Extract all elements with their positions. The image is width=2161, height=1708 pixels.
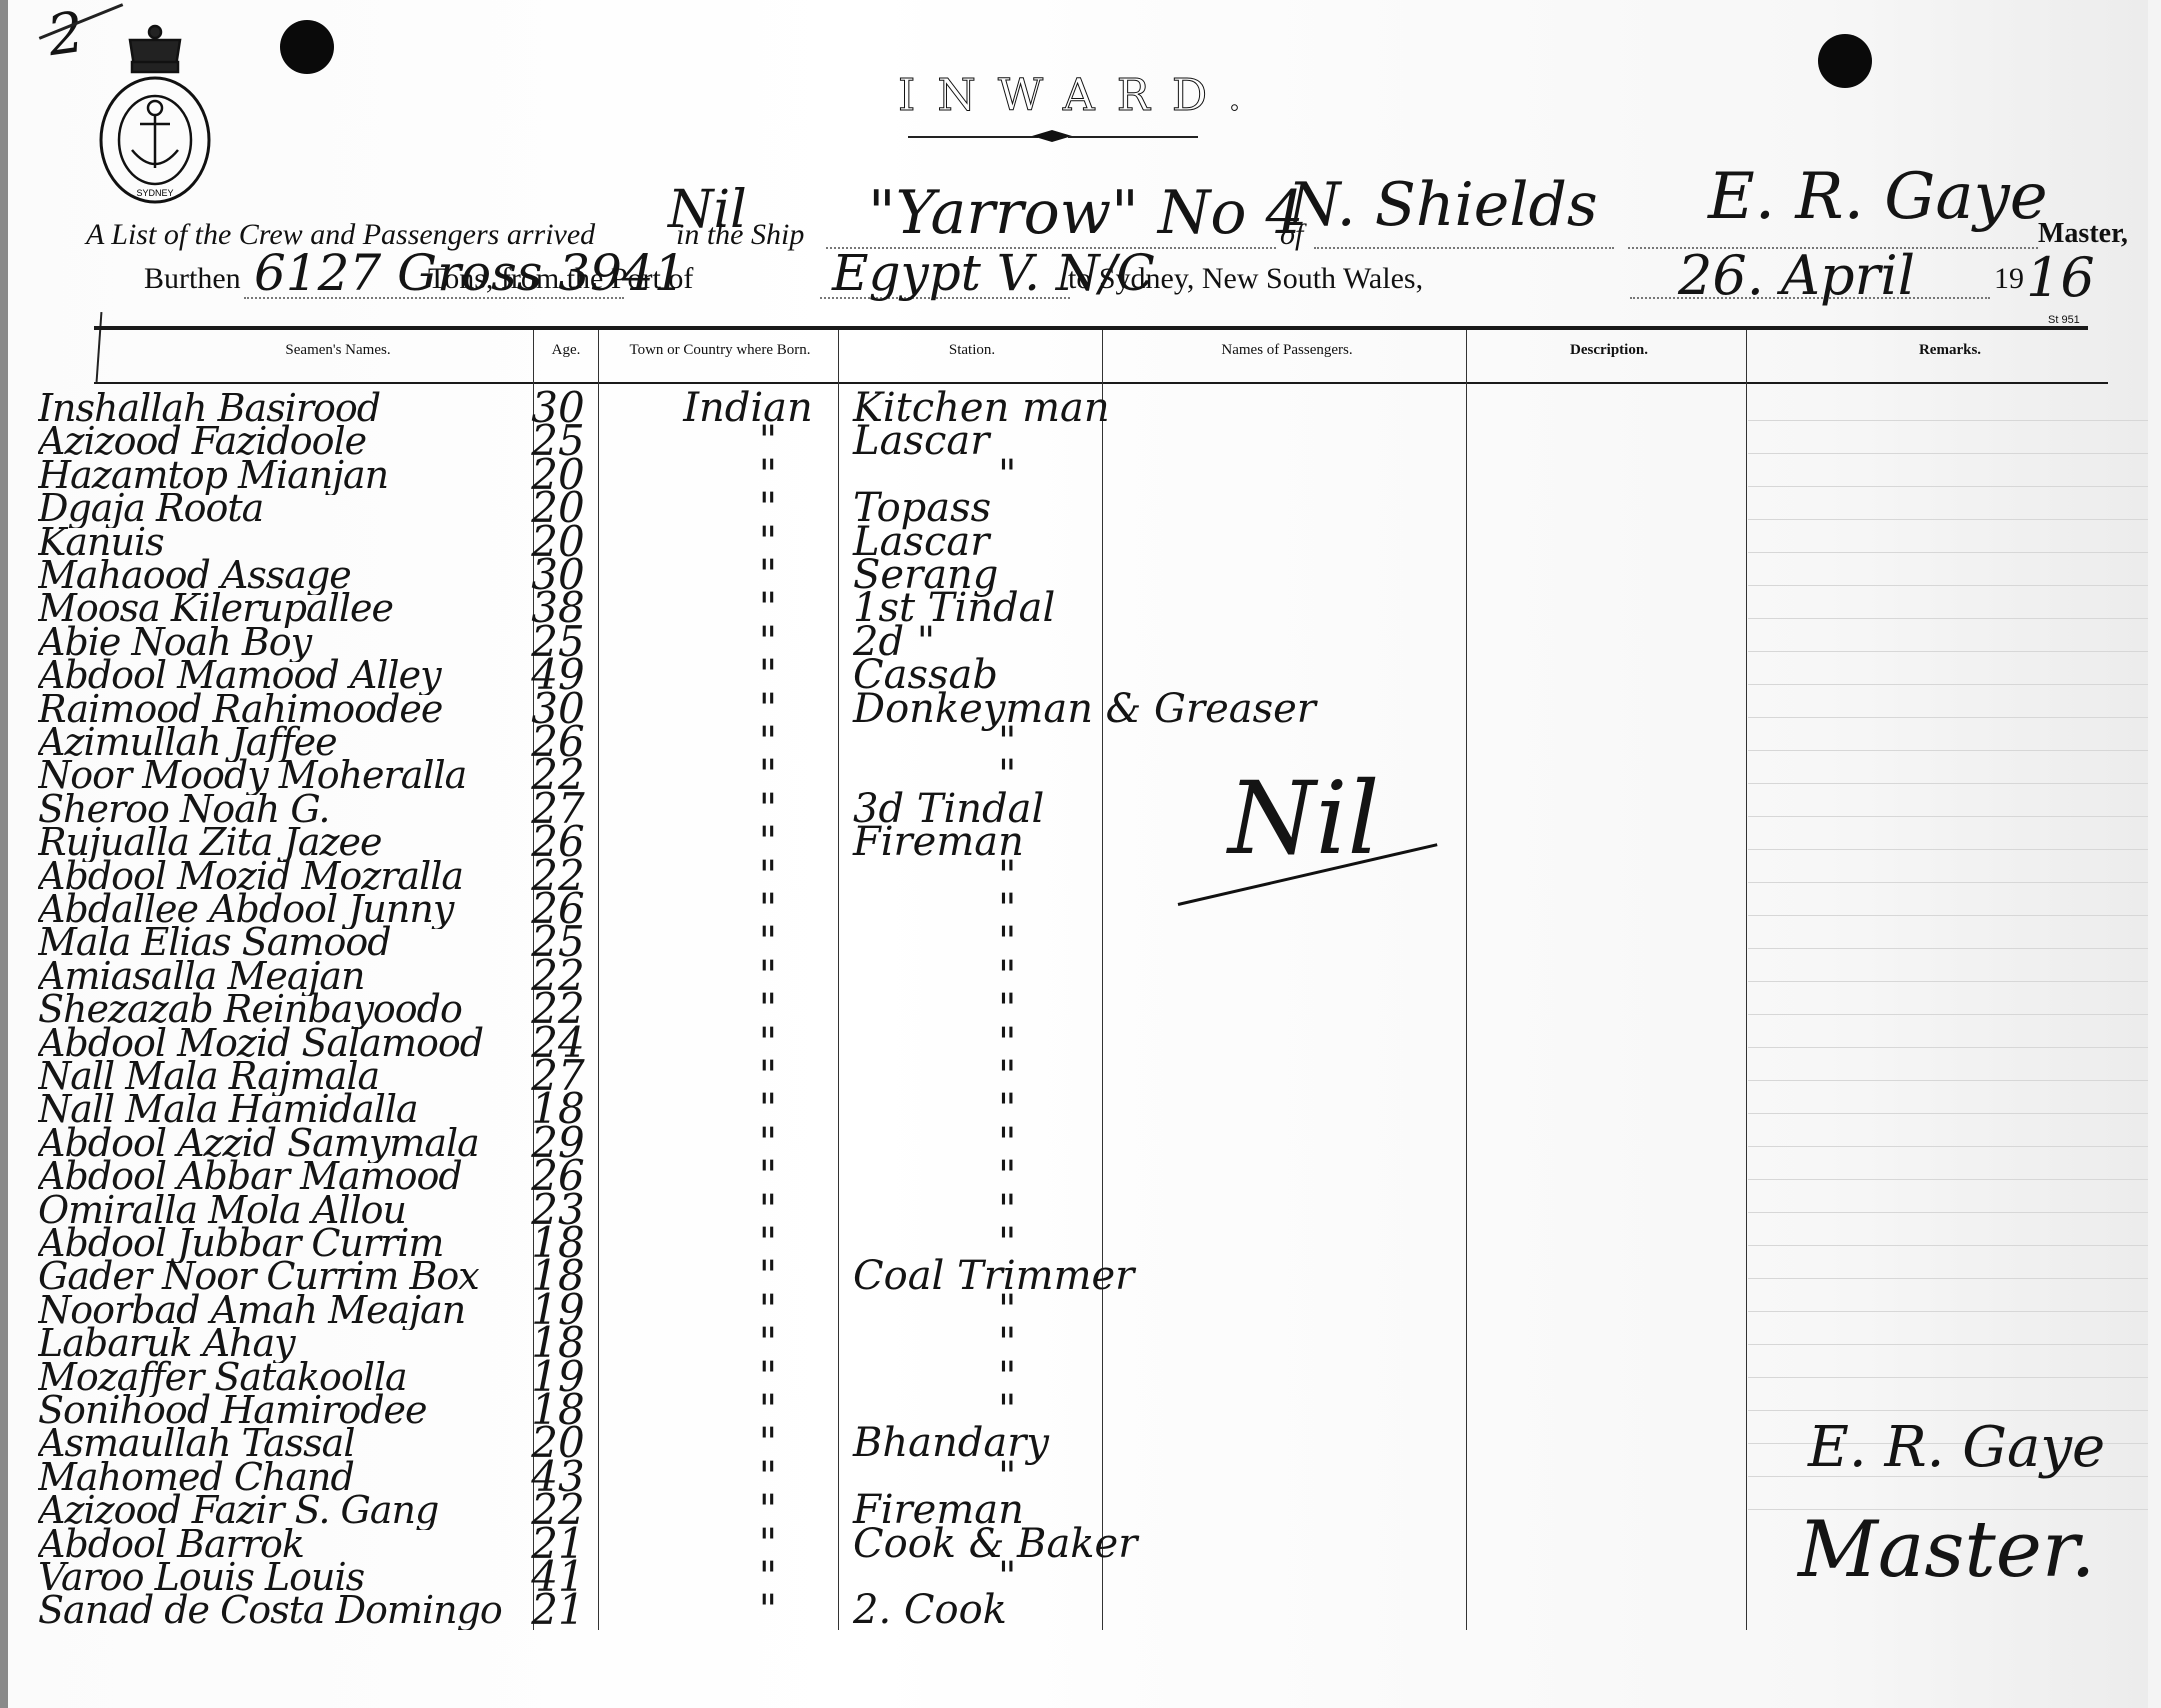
ruled-line [1748,453,2148,454]
col-header-remarks: Remarks. [1750,342,2150,359]
ruled-line [1748,420,2148,421]
ruled-line [1748,684,2148,685]
ruled-line [1748,486,2148,487]
col-header-station: Station. [842,342,1102,359]
ruled-line [1748,816,2148,817]
ruled-line [1748,1014,2148,1015]
ruled-line [1748,651,2148,652]
col-divider-description-right [1746,330,1747,1630]
ruled-line [1748,783,2148,784]
ruled-line [1748,552,2148,553]
ruled-line [1748,750,2148,751]
ruled-line [1748,519,2148,520]
col-divider-born-right [838,330,839,1630]
ship-name: "Yarrow" No 4 [868,178,1304,248]
passengers-nil-entry: Nil [1228,760,1379,877]
ruled-line [1748,1245,2148,1246]
ruled-line [1748,1047,2148,1048]
ruled-line [1748,1311,2148,1312]
ruled-line [1748,717,2148,718]
col-header-seamen-names: Seamen's Names. [158,342,518,359]
crew-birthplace: " [738,1590,798,1630]
to-sydney-label: to Sydney, New South Wales, [1068,262,1423,296]
title-ornament-diamond [1032,130,1072,142]
ruled-line [1748,1344,2148,1345]
table-header-bottom-rule [94,382,2108,384]
ruled-line [1748,1377,2148,1378]
ruled-line [1748,1410,2148,1411]
burthen-label: Burthen [144,262,241,296]
svg-text:SYDNEY: SYDNEY [136,188,173,198]
form-number: St 951 [2048,314,2080,326]
ruled-line [1748,882,2148,883]
arrival-date: 26. April [1678,244,1915,307]
ruled-line [1748,585,2148,586]
ruled-line [1748,1179,2148,1180]
port-of-registry: N. Shields [1288,170,1598,240]
margin-mark [96,312,103,382]
year-suffix: 16 [2026,246,2095,309]
year-prefix: 19 [1994,262,2024,296]
ruled-line [1748,1212,2148,1213]
tons-label: Tons, from the Port of [428,262,693,296]
shipping-masters-seal-icon: SYDNEY [96,18,214,204]
master-signature: E. R. Gaye [1808,1415,2105,1480]
table-top-rule [94,326,2088,330]
document-page: 2 SYDNEY INWARD. A List of the Crew and … [8,0,2148,1708]
ruled-line [1748,618,2148,619]
ruled-line [1748,1278,2148,1279]
master-title: Master. [1798,1505,2095,1595]
col-header-passengers: Names of Passengers. [1106,342,1468,359]
ruled-line [1748,948,2148,949]
crew-name: Sanad de Costa Domingo [38,1590,538,1630]
master-name: E. R. Gaye [1708,160,2048,234]
col-header-age: Age. [536,342,596,359]
title-ornament-left [908,136,1038,138]
col-header-description: Description. [1470,342,1748,359]
ruled-line [1748,981,2148,982]
header-line1-mid: in the Ship [676,218,804,252]
title-ornament-right [1068,136,1198,138]
ruled-line [1748,849,2148,850]
scan-edge [0,0,8,1708]
col-divider-passengers-right [1466,330,1467,1630]
col-divider-age-right [598,330,599,1630]
crew-station: 2. Cook [853,1590,1143,1630]
form-title: INWARD. [898,70,1264,121]
ruled-line [1748,1146,2148,1147]
punch-hole-right [1818,34,1872,88]
ruled-line [1748,915,2148,916]
crew-age: 21 [518,1590,598,1630]
col-header-born: Town or Country where Born. [602,342,838,359]
punch-hole-left [280,20,334,74]
port-registry-field-line [1314,246,1614,249]
ruled-line [1748,1080,2148,1081]
ruled-line [1748,1113,2148,1114]
